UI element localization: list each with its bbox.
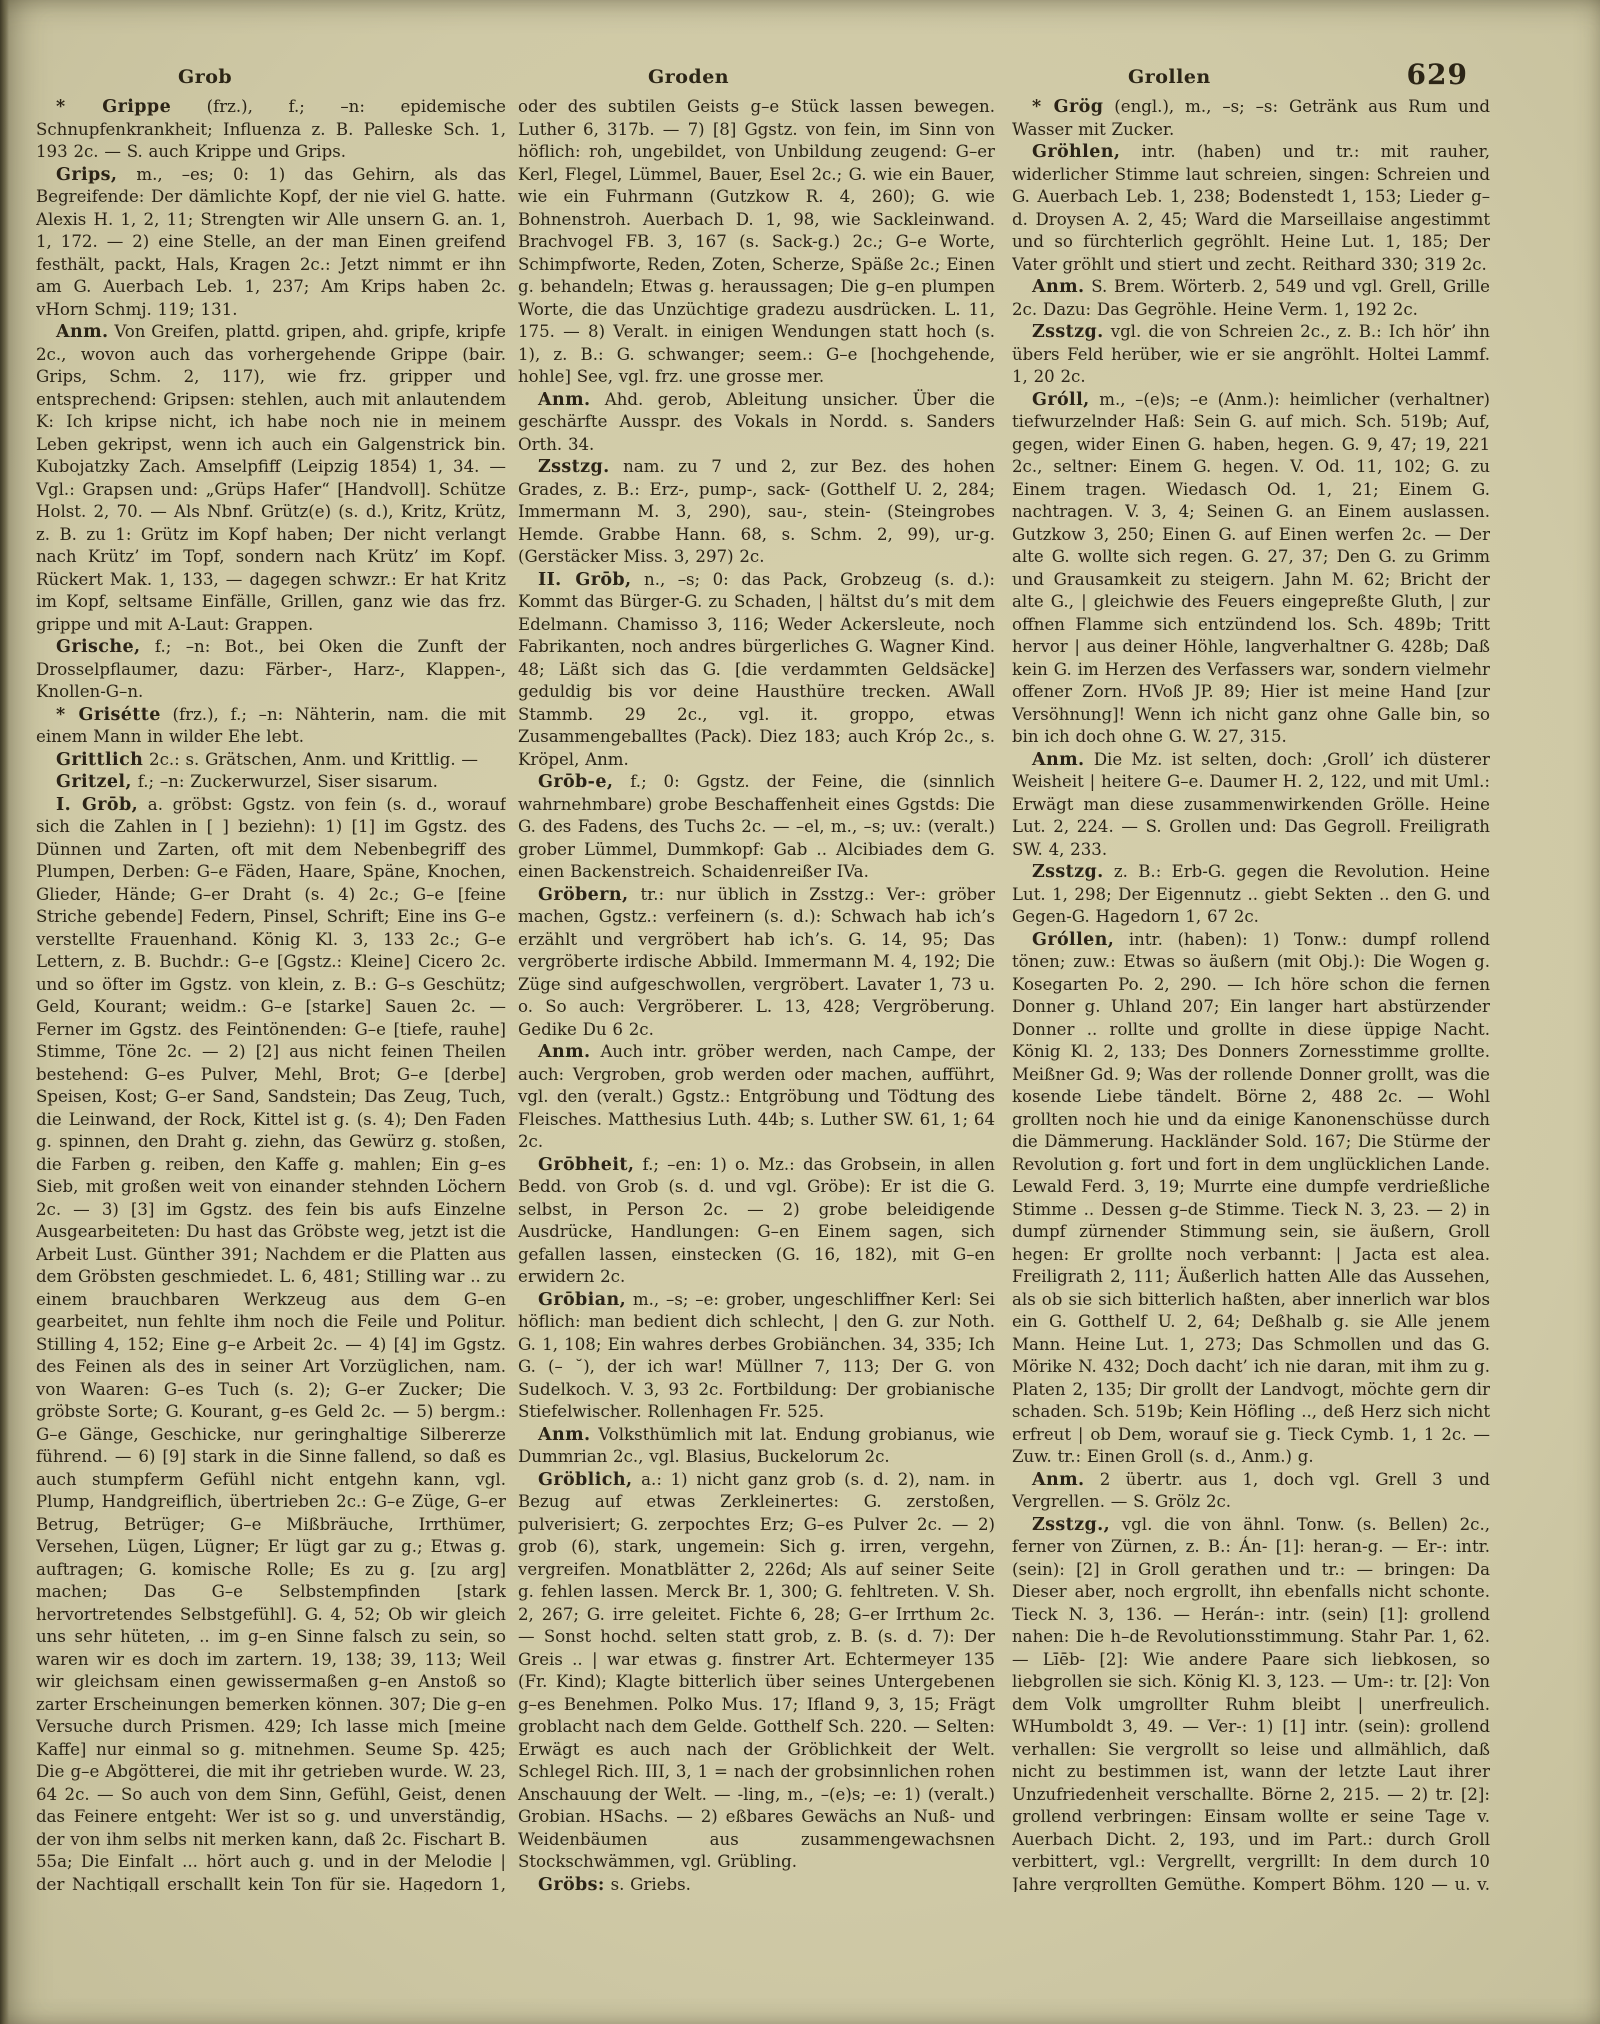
dictionary-entry: Gröblich, a.: 1) nicht ganz grob (s. d. … — [518, 1469, 995, 1874]
entry-headword: * Grisétte — [56, 705, 161, 725]
dictionary-entry: Grittlich 2c.: s. Grätschen, Anm. und Kr… — [36, 749, 506, 772]
dictionary-entry: Zsstzg. z. B.: Erb-G. gegen die Revoluti… — [1012, 861, 1490, 929]
dictionary-entry: Anm. Auch intr. gröber werden, nach Camp… — [518, 1041, 995, 1154]
dictionary-entry: Gröhlen, intr. (haben) und tr.: mit rauh… — [1012, 141, 1490, 276]
scanned-dictionary-page: Grob Groden Grollen 629 * Grippe (frz.),… — [0, 0, 1600, 2024]
running-header-right: Grollen — [1128, 66, 1211, 88]
dictionary-entry: I. Grōb, a. gröbst: Ggstz. von fein (s. … — [36, 794, 506, 1893]
dictionary-entry: Anm. Volksthümlich mit lat. Endung grobi… — [518, 1424, 995, 1469]
dictionary-entry: * Grög (engl.), m., –s; –s: Getränk aus … — [1012, 96, 1490, 141]
dictionary-entry: Grische, f.; –n: Bot., bei Oken die Zunf… — [36, 636, 506, 704]
dictionary-entry: Gröbs: s. Griebs. — [518, 1874, 995, 1893]
dictionary-entry: Zsstzg., vgl. die von ähnl. Tonw. (s. Be… — [1012, 1514, 1490, 1893]
dictionary-entry: Grōb-e, f.; 0: Ggstz. der Feine, die (si… — [518, 771, 995, 884]
text-column-2: oder des subtilen Geists g–e Stück lasse… — [518, 96, 995, 1892]
dictionary-entry: Grōbheit, f.; –en: 1) o. Mz.: das Grobse… — [518, 1154, 995, 1289]
dictionary-entry: Gróll, m., –(e)s; –e (Anm.): heimlicher … — [1012, 389, 1490, 749]
entry-headword: Gritzel, — [56, 772, 132, 792]
running-header-left: Grob — [178, 66, 232, 88]
dictionary-entry: Gróllen, intr. (haben): 1) Tonw.: dumpf … — [1012, 929, 1490, 1469]
dictionary-entry: Anm. S. Brem. Wörterb. 2, 549 und vgl. G… — [1012, 276, 1490, 321]
entry-headword: Grōbheit, — [538, 1155, 634, 1175]
dictionary-entry: Gritzel, f.; –n: Zuckerwurzel, Siser sis… — [36, 771, 506, 794]
dictionary-entry: oder des subtilen Geists g–e Stück lasse… — [518, 96, 995, 389]
entry-headword: * Grög — [1032, 97, 1103, 117]
entry-headword: Anm. — [1032, 1470, 1085, 1490]
dictionary-entry: Grips, m., –es; 0: 1) das Gehirn, als da… — [36, 164, 506, 322]
dictionary-entry: Anm. Ahd. gerob, Ableitung unsicher. Übe… — [518, 389, 995, 457]
dictionary-entry: Grōbian, m., –s; –e: grober, ungeschliff… — [518, 1289, 995, 1424]
entry-headword: Gröbs: — [538, 1875, 605, 1893]
entry-headword: I. Grōb, — [56, 795, 138, 815]
entry-headword: Gróll, — [1032, 390, 1090, 410]
text-column-3: * Grög (engl.), m., –s; –s: Getränk aus … — [1012, 96, 1490, 1892]
entry-headword: Grische, — [56, 637, 140, 657]
entry-headword: II. Grōb, — [538, 570, 632, 590]
entry-headword: Grōbian, — [538, 1290, 626, 1310]
entry-headword: * Grippe — [56, 97, 171, 117]
page-number: 629 — [1407, 58, 1468, 91]
dictionary-entry: Anm. 2 übertr. aus 1, doch vgl. Grell 3 … — [1012, 1469, 1490, 1514]
entry-headword: Anm. — [1032, 750, 1085, 770]
running-header: Grob Groden Grollen 629 — [0, 58, 1600, 98]
entry-headword: Grōb-e, — [538, 772, 613, 792]
running-header-center: Groden — [648, 66, 729, 88]
dictionary-entry: II. Grōb, n., –s; 0: das Pack, Grobzeug … — [518, 569, 995, 772]
dictionary-entry: Zsstzg. nam. zu 7 und 2, zur Bez. des ho… — [518, 456, 995, 569]
dictionary-entry: Zsstzg. vgl. die von Schreien 2c., z. B.… — [1012, 321, 1490, 389]
entry-headword: Anm. — [538, 390, 591, 410]
entry-headword: Anm. — [538, 1425, 591, 1445]
dictionary-entry: Anm. Die Mz. ist selten, doch: ‚Groll’ i… — [1012, 749, 1490, 862]
entry-headword: Gröblich, — [538, 1470, 632, 1490]
dictionary-entry: Gröbern, tr.: nur üblich in Zsstzg.: Ver… — [518, 884, 995, 1042]
dictionary-entry: * Grisétte (frz.), f.; –n: Nähterin, nam… — [36, 704, 506, 749]
entry-headword: Zsstzg. — [1032, 862, 1104, 882]
entry-headword: Zsstzg., — [1032, 1515, 1110, 1535]
entry-headword: Zsstzg. — [538, 457, 610, 477]
text-column-1: * Grippe (frz.), f.; –n: epidemische Sch… — [36, 96, 506, 1892]
dictionary-entry: * Grippe (frz.), f.; –n: epidemische Sch… — [36, 96, 506, 164]
entry-headword: Gröbern, — [538, 885, 628, 905]
entry-headword: Zsstzg. — [1032, 322, 1104, 342]
entry-headword: Anm. — [538, 1042, 591, 1062]
entry-headword: Anm. — [1032, 277, 1085, 297]
entry-headword: Grips, — [56, 165, 117, 185]
entry-headword: Anm. — [56, 322, 109, 342]
scan-edge-shadow — [0, 0, 9, 2024]
entry-headword: Gróllen, — [1032, 930, 1114, 950]
entry-headword: Gröhlen, — [1032, 142, 1120, 162]
entry-headword: Grittlich — [56, 750, 143, 770]
dictionary-entry: Anm. Von Greifen, plattd. gripen, ahd. g… — [36, 321, 506, 636]
